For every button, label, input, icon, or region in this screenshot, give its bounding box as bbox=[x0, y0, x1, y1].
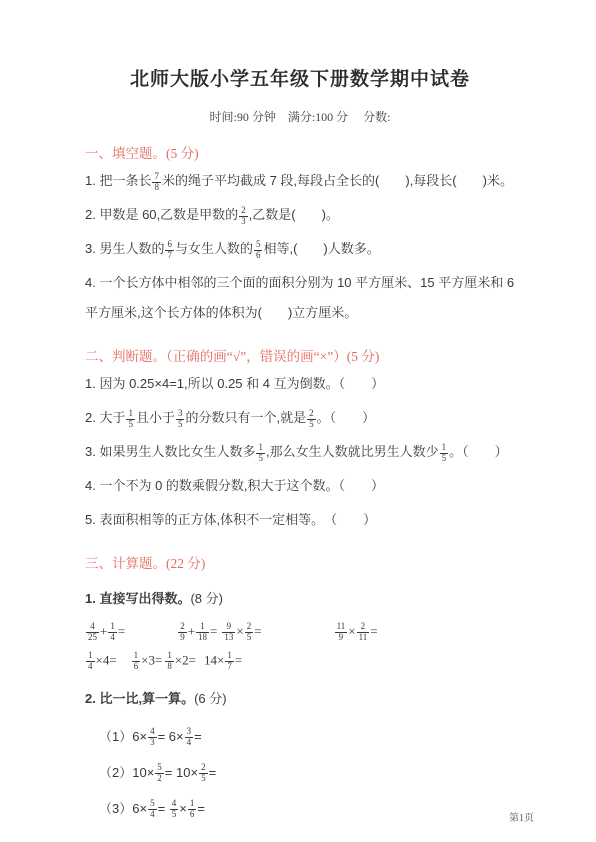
calc-subtitle-2-text: 2. 比一比,算一算。 bbox=[85, 691, 194, 706]
page-number: 第1页 bbox=[509, 809, 534, 824]
fraction: 16 bbox=[132, 651, 141, 672]
compare-item-2: （2）10×52= 10×25= bbox=[99, 760, 529, 786]
fraction: 211 bbox=[357, 622, 370, 643]
fraction: 14 bbox=[86, 651, 95, 672]
fraction: 67 bbox=[165, 240, 174, 261]
fraction: 35 bbox=[176, 409, 185, 430]
fraction: 17 bbox=[225, 651, 234, 672]
fill-question-4: 4. 一个长方体中相邻的三个面的面积分别为 10 平方厘米、15 平方厘米和 6… bbox=[85, 268, 515, 328]
section-true-false: 二、判断题。（正确的画“√”，错误的画“×”）(5 分) 1. 因为 0.25×… bbox=[85, 345, 596, 535]
calc-subtitle-2: 2. 比一比,算一算。(6 分) bbox=[85, 684, 515, 714]
calc-subtitle-1-points: (8 分) bbox=[190, 591, 223, 606]
expression: 29+118= bbox=[177, 622, 217, 643]
compare-item-3: （3）6×54= 45×16= bbox=[99, 796, 529, 822]
mental-math-row-2: 14×4= 16×3= 18×2= 14×17= bbox=[85, 651, 545, 672]
calc-subtitle-1: 1. 直接写出得数。(8 分) bbox=[85, 584, 515, 614]
fraction: 34 bbox=[185, 727, 194, 748]
fraction: 78 bbox=[152, 172, 161, 193]
fill-question-3: 3. 男生人数的67与女生人数的56相等,( )人数多。 bbox=[85, 234, 515, 264]
judge-question-2: 2. 大于15且小于35的分数只有一个,就是25。（ ） bbox=[85, 403, 515, 433]
section-fill-in-blanks: 一、填空题。(5 分) 1. 把一条长78米的绳子平均截成 7 段,每段占全长的… bbox=[85, 142, 596, 328]
expression: 18×2= bbox=[164, 651, 196, 672]
expression: 913×25= bbox=[221, 622, 261, 643]
fraction: 54 bbox=[148, 799, 157, 820]
fraction: 29 bbox=[178, 622, 187, 643]
fraction: 119 bbox=[335, 622, 348, 643]
fraction: 16 bbox=[188, 799, 197, 820]
expression: 16×3= bbox=[131, 651, 163, 672]
exam-meta-line: 时间:90 分钟 满分:100 分 分数: bbox=[85, 108, 515, 125]
fraction: 25 bbox=[245, 622, 254, 643]
mental-math-row-1: 425+14= 29+118= 913×25= 119×211= bbox=[85, 622, 545, 643]
fraction: 15 bbox=[440, 443, 449, 464]
fraction: 56 bbox=[254, 240, 263, 261]
fraction: 23 bbox=[239, 206, 248, 227]
judge-question-3: 3. 如果男生人数比女生人数多15,那么女生人数就比男生人数少15。（ ） bbox=[85, 437, 515, 467]
fraction: 18 bbox=[165, 651, 174, 672]
calc-subtitle-1-text: 1. 直接写出得数。 bbox=[85, 591, 190, 606]
expression: 425+14= bbox=[85, 622, 125, 643]
fraction: 15 bbox=[126, 409, 135, 430]
calc-subtitle-2-points: (6 分) bbox=[194, 691, 227, 706]
fraction: 14 bbox=[108, 622, 117, 643]
section1-heading: 一、填空题。(5 分) bbox=[85, 142, 545, 162]
fraction: 25 bbox=[307, 409, 316, 430]
section3-heading: 三、计算题。(22 分) bbox=[85, 552, 545, 572]
exam-paper-page: 北师大版小学五年级下册数学期中试卷 时间:90 分钟 满分:100 分 分数: … bbox=[0, 0, 596, 842]
judge-question-5: 5. 表面积相等的正方体,体积不一定相等。 （ ） bbox=[85, 505, 515, 535]
fraction: 913 bbox=[222, 622, 235, 643]
fraction: 25 bbox=[199, 763, 208, 784]
fraction: 425 bbox=[86, 622, 99, 643]
compare-item-1: （1）6×43= 6×34= bbox=[99, 724, 529, 750]
section2-heading: 二、判断题。（正确的画“√”，错误的画“×”）(5 分) bbox=[85, 345, 545, 365]
expression: 14×4= bbox=[85, 651, 117, 672]
fill-question-2: 2. 甲数是 60,乙数是甲数的23,乙数是( )。 bbox=[85, 200, 515, 230]
fraction: 52 bbox=[155, 763, 164, 784]
judge-question-1: 1. 因为 0.25×4=1,所以 0.25 和 4 互为倒数。（ ） bbox=[85, 369, 515, 399]
fraction: 15 bbox=[256, 443, 265, 464]
section-calculation: 三、计算题。(22 分) 1. 直接写出得数。(8 分) 425+14= 29+… bbox=[85, 552, 596, 822]
page-title: 北师大版小学五年级下册数学期中试卷 bbox=[85, 64, 515, 91]
judge-question-4: 4. 一个不为 0 的数乘假分数,积大于这个数。（ ） bbox=[85, 471, 515, 501]
fraction: 118 bbox=[196, 622, 209, 643]
expression: 14×17= bbox=[204, 651, 242, 672]
fraction: 45 bbox=[170, 799, 179, 820]
fraction: 43 bbox=[148, 727, 157, 748]
fill-question-1: 1. 把一条长78米的绳子平均截成 7 段,每段占全长的( ),每段长( )米。 bbox=[85, 166, 515, 196]
expression: 119×211= bbox=[334, 622, 378, 643]
